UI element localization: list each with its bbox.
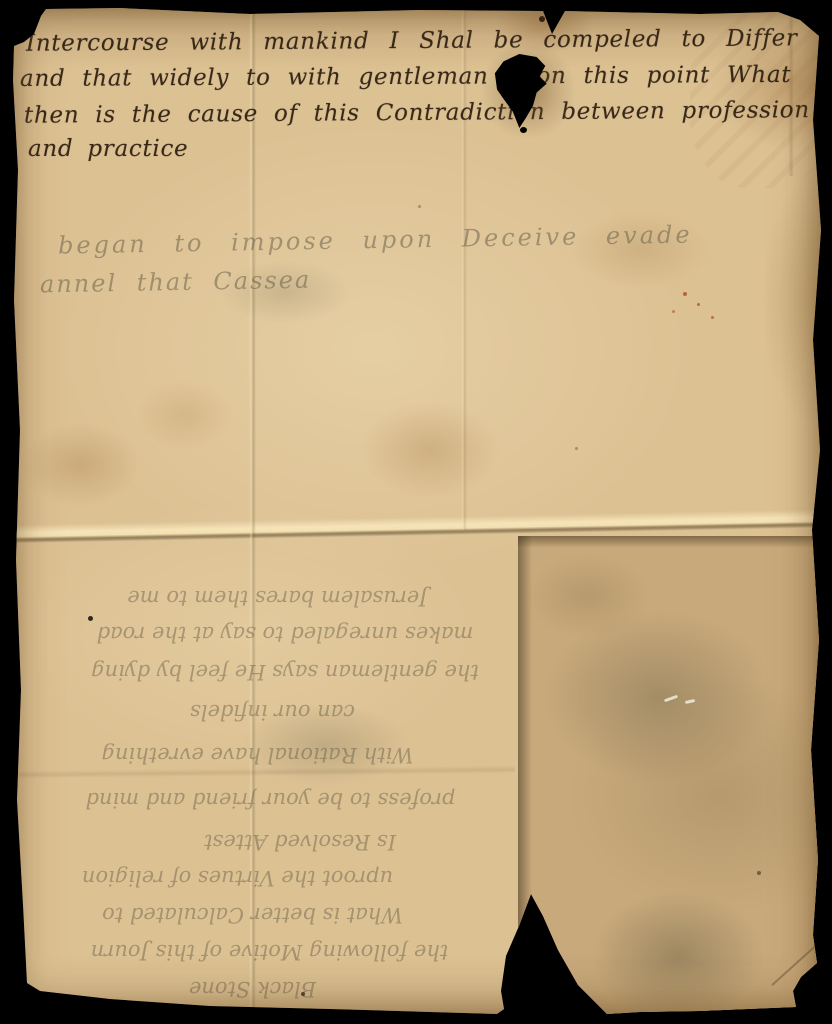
edge-vignette xyxy=(0,0,832,1024)
scanner-background: Intercourse with mankind I Shal be compe… xyxy=(0,0,832,1024)
manuscript-page: Intercourse with mankind I Shal be compe… xyxy=(0,0,832,1024)
